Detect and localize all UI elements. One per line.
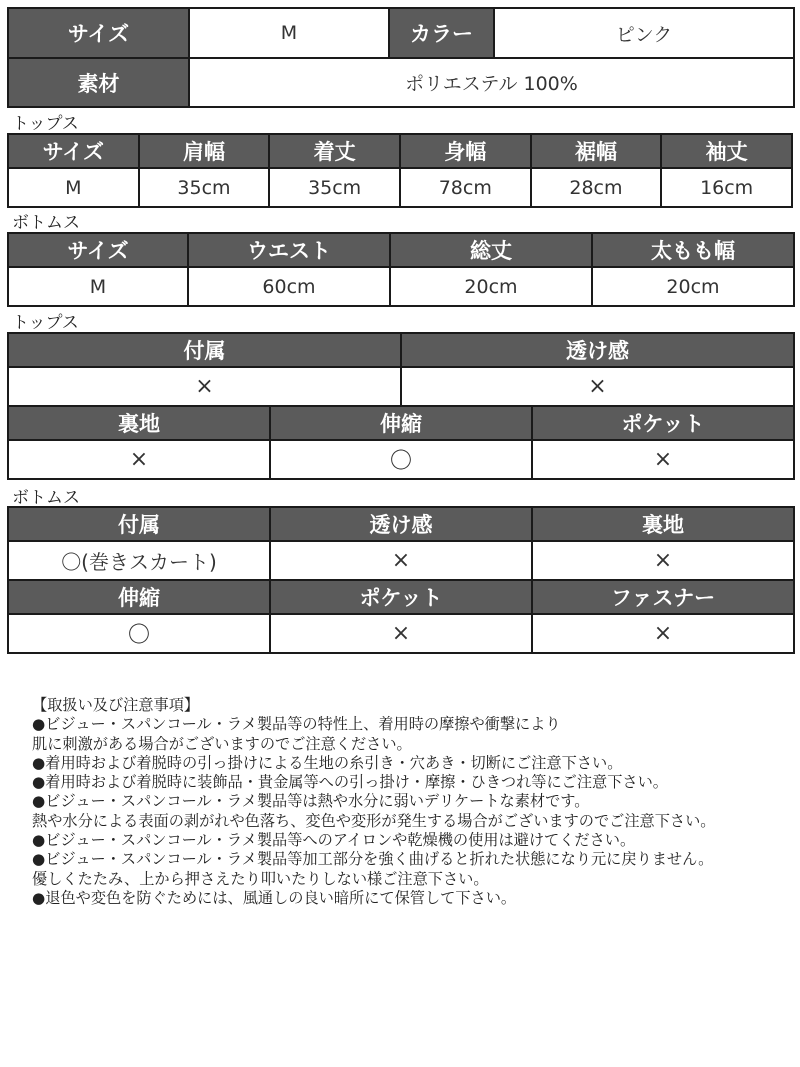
bottoms-size-table: サイズ ウエスト 総丈 太もも幅 M 60cm 20cm 20cm (7, 232, 795, 307)
bottoms-features-section-label: ボトムス (12, 483, 80, 508)
bottoms-value-thigh-width: 20cm (592, 267, 794, 306)
tops-header-hem-width: 裾幅 (531, 134, 662, 168)
size-value: M (189, 8, 389, 58)
color-label: カラー (389, 8, 494, 58)
care-note-line: ●ビジュー・スパンコール・ラメ製品等へのアイロンや乾燥機の使用は避けてください。 (32, 831, 715, 850)
bottoms-header-waist: ウエスト (188, 233, 390, 267)
tops-size-section-label: トップス (12, 109, 79, 134)
tops-feature-value-pocket: × (532, 440, 794, 479)
tops-size-table: サイズ 肩幅 着丈 身幅 裾幅 袖丈 M 35cm 35cm 78cm 28cm… (7, 133, 793, 208)
tops-header-size: サイズ (8, 134, 139, 168)
tops-header-sleeve: 袖丈 (661, 134, 792, 168)
tops-feature-header-lining: 裏地 (8, 406, 270, 440)
care-notes-title: 【取扱い及び注意事項】 (32, 696, 715, 715)
bottoms-feature-value-zipper: × (532, 614, 794, 653)
tops-feature-header-pocket: ポケット (532, 406, 794, 440)
bottoms-feature-header-lining: 裏地 (532, 507, 794, 541)
tops-feature-value-stretch: 〇 (270, 440, 532, 479)
tops-header-shoulder: 肩幅 (139, 134, 270, 168)
care-note-line: ●ビジュー・スパンコール・ラメ製品等加工部分を強く曲げると折れた状態になり元に戻… (32, 850, 715, 869)
tops-value-hem-width: 28cm (531, 168, 662, 207)
tops-features-table: 付属 透け感 × × 裏地 伸縮 ポケット × 〇 × (7, 332, 795, 480)
tops-feature-value-accessory: × (8, 367, 401, 406)
care-note-line: ●着用時および着脱時の引っ掛けによる生地の糸引き・穴あき・切断にご注意下さい。 (32, 754, 715, 773)
bottoms-size-section-label: ボトムス (12, 208, 80, 233)
bottoms-feature-header-pocket: ポケット (270, 580, 532, 614)
summary-table: サイズ M カラー ピンク 素材 ポリエステル 100% (7, 7, 795, 108)
care-note-line: ●退色や変色を防ぐためには、風通しの良い暗所にて保管して下さい。 (32, 889, 715, 908)
tops-value-body-width: 78cm (400, 168, 531, 207)
tops-feature-header-accessory: 付属 (8, 333, 401, 367)
bottoms-feature-value-lining: × (532, 541, 794, 580)
material-value: ポリエステル 100% (189, 58, 794, 107)
tops-header-body-width: 身幅 (400, 134, 531, 168)
bottoms-feature-header-accessory: 付属 (8, 507, 270, 541)
bottoms-feature-header-zipper: ファスナー (532, 580, 794, 614)
care-note-line: 優しくたたみ、上から押さえたり叩いたりしない様ご注意下さい。 (32, 870, 715, 889)
bottoms-feature-header-stretch: 伸縮 (8, 580, 270, 614)
tops-value-size: M (8, 168, 139, 207)
bottoms-value-waist: 60cm (188, 267, 390, 306)
size-label: サイズ (8, 8, 189, 58)
bottoms-features-table: 付属 透け感 裏地 〇(巻きスカート) × × 伸縮 ポケット ファスナー 〇 … (7, 506, 795, 654)
bottoms-feature-value-accessory: 〇(巻きスカート) (8, 541, 270, 580)
tops-value-shoulder: 35cm (139, 168, 270, 207)
care-note-line: 肌に刺激がある場合がございますのでご注意ください。 (32, 735, 715, 754)
care-note-line: ●ビジュー・スパンコール・ラメ製品等の特性上、着用時の摩擦や衝撃により (32, 715, 715, 734)
bottoms-value-total-length: 20cm (390, 267, 592, 306)
tops-feature-header-sheerness: 透け感 (401, 333, 794, 367)
bottoms-header-size: サイズ (8, 233, 188, 267)
tops-feature-value-lining: × (8, 440, 270, 479)
bottoms-feature-value-pocket: × (270, 614, 532, 653)
care-notes: 【取扱い及び注意事項】 ●ビジュー・スパンコール・ラメ製品等の特性上、着用時の摩… (32, 696, 715, 908)
care-note-line: ●ビジュー・スパンコール・ラメ製品等は熱や水分に弱いデリケートな素材です。 (32, 792, 715, 811)
tops-feature-header-stretch: 伸縮 (270, 406, 532, 440)
color-value: ピンク (494, 8, 794, 58)
bottoms-value-size: M (8, 267, 188, 306)
tops-header-length: 着丈 (269, 134, 400, 168)
tops-value-sleeve: 16cm (661, 168, 792, 207)
tops-feature-value-sheerness: × (401, 367, 794, 406)
bottoms-feature-value-stretch: 〇 (8, 614, 270, 653)
care-note-line: ●着用時および着脱時に装飾品・貴金属等への引っ掛け・摩擦・ひきつれ等にご注意下さ… (32, 773, 715, 792)
bottoms-header-thigh-width: 太もも幅 (592, 233, 794, 267)
bottoms-feature-value-sheerness: × (270, 541, 532, 580)
tops-value-length: 35cm (269, 168, 400, 207)
care-note-line: 熱や水分による表面の剥がれや色落ち、変色や変形が発生する場合がございますのでご注… (32, 812, 715, 831)
material-label: 素材 (8, 58, 189, 107)
bottoms-header-total-length: 総丈 (390, 233, 592, 267)
tops-features-section-label: トップス (12, 308, 79, 333)
bottoms-feature-header-sheerness: 透け感 (270, 507, 532, 541)
